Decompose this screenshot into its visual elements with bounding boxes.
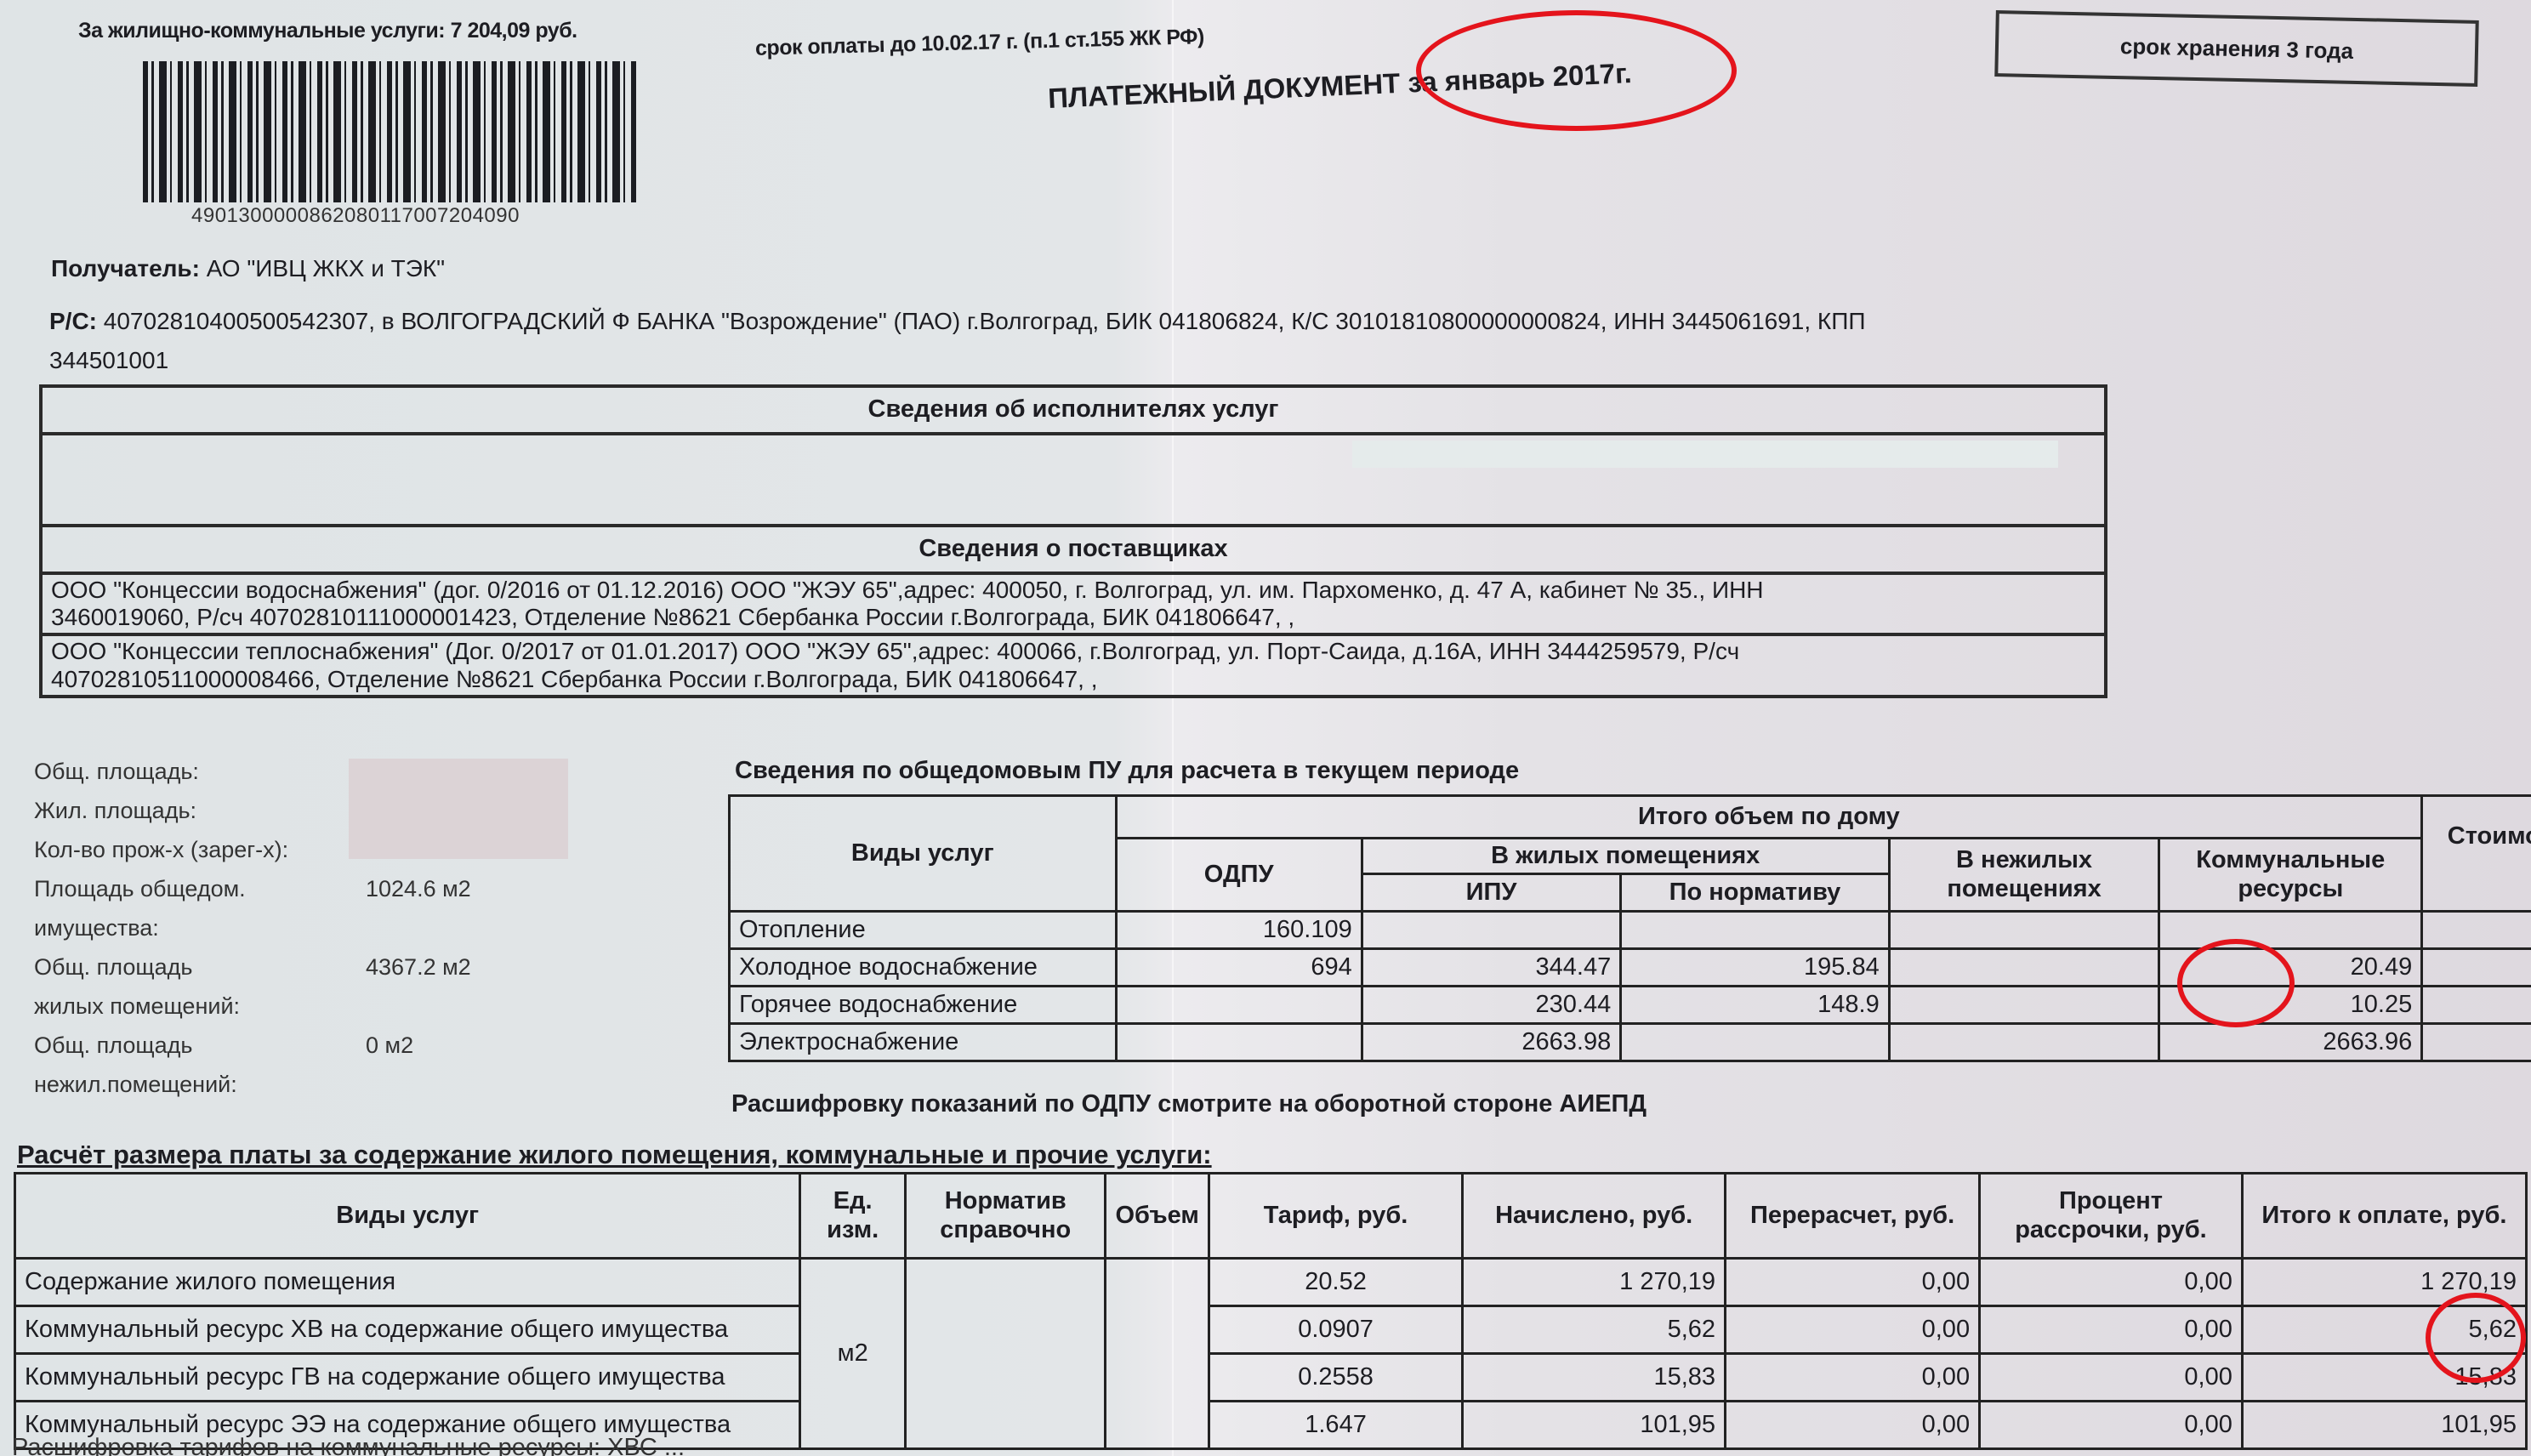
calc-row: Коммунальный ресурс ГВ на содержание общ… [15, 1354, 2527, 1402]
odpu-cell-cost [2422, 912, 2531, 949]
supplier-row: ООО "Концессии теплоснабжения" (Дог. 0/2… [41, 634, 2106, 696]
odpu-title: Сведения по общедомовым ПУ для расчета в… [735, 757, 1519, 785]
odpu-cell-nonres [1889, 987, 2159, 1024]
odpu-cell-service: Электроснабжение [730, 1024, 1117, 1061]
odpu-cell-service: Холодное водоснабжение [730, 949, 1117, 987]
calc-header-8: Итого к оплате, руб. [2242, 1174, 2526, 1259]
calc-header-7: Процент рассрочки, руб. [1980, 1174, 2243, 1259]
calc-table: Виды услугЕд. изм.Норматив справочноОбъе… [14, 1172, 2528, 1450]
executors-content [41, 434, 2106, 526]
property-value: 4367.2 м2 [366, 954, 471, 981]
supplier-row: ООО "Концессии водоснабжения" (дог. 0/20… [41, 573, 2106, 634]
calc-cell-recalc: 0,00 [1726, 1402, 1980, 1449]
calc-cell-service: Коммунальный ресурс ХВ на содержание общ… [15, 1306, 800, 1354]
calc-cell-volume [1106, 1259, 1209, 1449]
odpu-cell-norm [1621, 912, 1889, 949]
odpu-header-service: Виды услуг [730, 796, 1117, 912]
odpu-cell-cost [2422, 949, 2531, 987]
property-label: Общ. площадь: [34, 759, 199, 785]
total-label: За жилищно-коммунальные услуги: [78, 19, 445, 43]
calc-header-6: Перерасчет, руб. [1726, 1174, 1980, 1259]
odpu-header-odpu: ОДПУ [1116, 839, 1362, 912]
calc-cell-charged: 1 270,19 [1463, 1259, 1726, 1306]
calc-cell-total: 101,95 [2242, 1402, 2526, 1449]
calc-cell-installment: 0,00 [1980, 1259, 2243, 1306]
calc-header-5: Начислено, руб. [1463, 1174, 1726, 1259]
odpu-header-ipu: ИПУ [1362, 874, 1621, 912]
calc-cell-charged: 15,83 [1463, 1354, 1726, 1402]
calc-cell-recalc: 0,00 [1726, 1306, 1980, 1354]
redacted-block [1352, 441, 2058, 468]
odpu-header-residential: В жилых помещениях [1362, 839, 1889, 874]
odpu-cell-ipu: 2663.98 [1362, 1024, 1621, 1061]
odpu-cell-norm: 148.9 [1621, 987, 1889, 1024]
calc-header-3: Объем [1106, 1174, 1209, 1259]
calc-header-1: Ед. изм. [800, 1174, 906, 1259]
calc-row: Содержание жилого помещениям220.521 270,… [15, 1259, 2527, 1306]
highlight-circle-communal [2177, 939, 2295, 1027]
doc-title-text: ПЛАТЕЖНЫЙ ДОКУМЕНТ [1047, 67, 1400, 114]
calc-cell-installment: 0,00 [1980, 1402, 2243, 1449]
calc-cell-unit: м2 [800, 1259, 906, 1449]
odpu-cell-ipu: 344.47 [1362, 949, 1621, 987]
calc-cell-installment: 0,00 [1980, 1306, 2243, 1354]
property-value: 1024.6 м2 [366, 876, 471, 902]
barcode-number: 4901300000862080117007204090 [191, 204, 520, 228]
odpu-cell-odpu [1116, 987, 1362, 1024]
odpu-header-cost: Стоимость ОДПУ [2422, 796, 2531, 912]
storage-box: срок хранения 3 года [1994, 10, 2479, 87]
odpu-cell-norm [1621, 1024, 1889, 1061]
odpu-cell-cost [2422, 1024, 2531, 1061]
property-label: Общ. площадь [34, 954, 192, 981]
property-label: жилых помещений: [34, 993, 240, 1020]
supplier-2-line2: 40702810511000008466, Отделение №8621 Сб… [51, 666, 2096, 693]
odpu-cell-ipu [1362, 912, 1621, 949]
barcode [143, 61, 636, 202]
odpu-header-norm: По нормативу [1621, 874, 1889, 912]
supplier-2-line1: ООО "Концессии теплоснабжения" (Дог. 0/2… [51, 638, 2096, 665]
calc-header-4: Тариф, руб. [1209, 1174, 1462, 1259]
calc-cell-tariff: 0.0907 [1209, 1306, 1462, 1354]
calc-title: Расчёт размера платы за содержание жилог… [17, 1140, 1212, 1170]
calc-cell-charged: 101,95 [1463, 1402, 1726, 1449]
odpu-cell-communal: 2663.96 [2159, 1024, 2422, 1061]
calc-cell-charged: 5,62 [1463, 1306, 1726, 1354]
recipient: Получатель: АО "ИВЦ ЖКХ и ТЭК" [51, 255, 445, 282]
odpu-cell-norm: 195.84 [1621, 949, 1889, 987]
calc-cell-service: Коммунальный ресурс ГВ на содержание общ… [15, 1354, 800, 1402]
redacted-block [349, 759, 568, 859]
calc-header-0: Виды услуг [15, 1174, 800, 1259]
calc-cell-tariff: 20.52 [1209, 1259, 1462, 1306]
property-label: Общ. площадь [34, 1032, 192, 1059]
property-label: имущества: [34, 915, 159, 941]
suppliers-title: Сведения о поставщиках [41, 526, 2106, 573]
odpu-cell-nonres [1889, 1024, 2159, 1061]
calc-row: Коммунальный ресурс ХВ на содержание общ… [15, 1306, 2527, 1354]
property-value: 0 м2 [366, 1032, 413, 1059]
property-label: Кол-во прож-х (зарег-х): [34, 837, 288, 863]
recipient-account: Р/С: 40702810400500542307, в ВОЛГОГРАДСК… [49, 308, 2090, 335]
calc-cell-recalc: 0,00 [1726, 1354, 1980, 1402]
odpu-cell-service: Горячее водоснабжение [730, 987, 1117, 1024]
total-due: За жилищно-коммунальные услуги: 7 204,09… [78, 19, 577, 43]
recipient-label: Получатель: [51, 255, 200, 282]
calc-cell-tariff: 0.2558 [1209, 1354, 1462, 1402]
property-label: Жил. площадь: [34, 798, 196, 824]
supplier-1-line1: ООО "Концессии водоснабжения" (дог. 0/20… [51, 577, 2096, 604]
odpu-cell-communal [2159, 912, 2422, 949]
providers-table: Сведения об исполнителях услуг Сведения … [39, 384, 2107, 698]
account-text: 40702810400500542307, в ВОЛГОГРАДСКИЙ Ф … [104, 308, 1866, 334]
odpu-cell-cost [2422, 987, 2531, 1024]
property-label: Площадь общедом. [34, 876, 246, 902]
highlight-circle-total [2426, 1293, 2526, 1383]
supplier-1-line2: 3460019060, Р/сч 40702810111000001423, О… [51, 604, 2096, 631]
executors-title: Сведения об исполнителях услуг [41, 386, 2106, 434]
highlight-circle-period [1416, 10, 1737, 131]
odpu-cell-odpu [1116, 1024, 1362, 1061]
property-label: нежил.помещений: [34, 1072, 237, 1098]
odpu-note: Расшифровку показаний по ОДПУ смотрите н… [731, 1090, 1647, 1118]
calc-cell-recalc: 0,00 [1726, 1259, 1980, 1306]
odpu-cell-nonres [1889, 949, 2159, 987]
tariff-breakdown-cut: Расшифровка тарифов на коммунальные ресу… [12, 1434, 685, 1456]
total-amount: 7 204,09 руб. [451, 19, 577, 43]
calc-header-2: Норматив справочно [906, 1174, 1106, 1259]
calc-cell-installment: 0,00 [1980, 1354, 2243, 1402]
odpu-cell-service: Отопление [730, 912, 1117, 949]
odpu-cell-nonres [1889, 912, 2159, 949]
calc-cell-service: Содержание жилого помещения [15, 1259, 800, 1306]
recipient-name: АО "ИВЦ ЖКХ и ТЭК" [207, 255, 445, 282]
recipient-kpp: 344501001 [49, 347, 168, 374]
due-date: срок оплаты до 10.02.17 г. (п.1 ст.155 Ж… [755, 25, 1204, 61]
odpu-cell-ipu: 230.44 [1362, 987, 1621, 1024]
account-label: Р/С: [49, 308, 97, 334]
odpu-header-communal: Коммунальные ресурсы [2159, 839, 2422, 912]
odpu-header-total: Итого объем по дому [1116, 796, 2422, 839]
calc-cell-tariff: 1.647 [1209, 1402, 1462, 1449]
odpu-row: Электроснабжение2663.982663.96 [730, 1024, 2531, 1061]
odpu-cell-odpu: 694 [1116, 949, 1362, 987]
odpu-cell-odpu: 160.109 [1116, 912, 1362, 949]
odpu-header-nonres: В нежилых помещениях [1889, 839, 2159, 912]
calc-cell-norm [906, 1259, 1106, 1449]
